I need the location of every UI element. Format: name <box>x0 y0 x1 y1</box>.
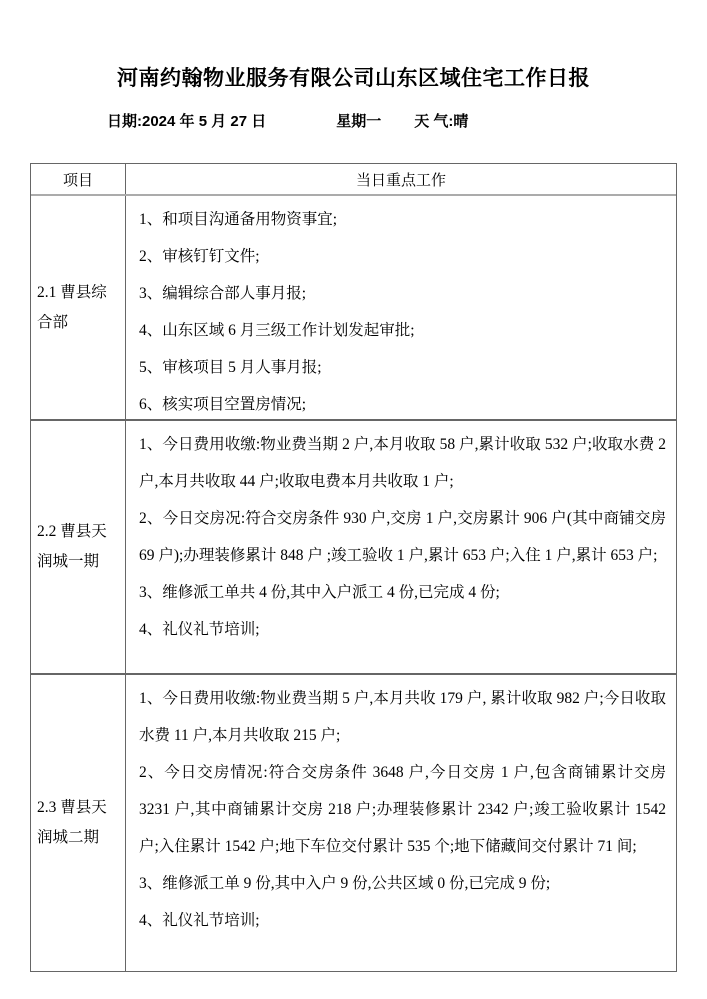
page-title: 河南约翰物业服务有限公司山东区域住宅工作日报 <box>0 0 707 92</box>
table-row: 2.2 曹县天润城一期 1、今日费用收缴:物业费当期 2 户,本月收取 58 户… <box>31 421 676 675</box>
project-name: 2.3 曹县天润城二期 <box>31 675 126 971</box>
work-item: 2、今日交房情况:符合交房条件 3648 户,今日交房 1 户,包含商铺累计交房… <box>139 754 666 865</box>
work-item: 2、审核钉钉文件; <box>139 238 666 275</box>
work-item: 5、审核项目 5 月人事月报; <box>139 349 666 386</box>
work-item: 3、编辑综合部人事月报; <box>139 275 666 312</box>
project-name: 2.2 曹县天润城一期 <box>31 421 126 673</box>
work-item: 1、和项目沟通备用物资事宜; <box>139 201 666 238</box>
weekday-value: 星期一 <box>336 113 381 130</box>
work-item: 3、维修派工单 9 份,其中入户 9 份,公共区域 0 份,已完成 9 份; <box>139 865 666 902</box>
work-item: 2、今日交房况:符合交房条件 930 户,交房 1 户,交房累计 906 户(其… <box>139 500 666 574</box>
daily-work-table: 项目 当日重点工作 2.1 曹县综合部 1、和项目沟通备用物资事宜; 2、审核钉… <box>30 163 677 972</box>
table-row: 2.3 曹县天润城二期 1、今日费用收缴:物业费当期 5 户,本月共收 179 … <box>31 675 676 971</box>
work-item: 6、核实项目空置房情况; <box>139 386 666 423</box>
work-item: 4、礼仪礼节培训; <box>139 902 666 939</box>
work-item: 3、维修派工单共 4 份,其中入户派工 4 份,已完成 4 份; <box>139 574 666 611</box>
table-row: 2.1 曹县综合部 1、和项目沟通备用物资事宜; 2、审核钉钉文件; 3、编辑综… <box>31 196 676 421</box>
work-items-cell: 1、和项目沟通备用物资事宜; 2、审核钉钉文件; 3、编辑综合部人事月报; 4、… <box>126 196 676 419</box>
work-items-cell: 1、今日费用收缴:物业费当期 5 户,本月共收 179 户, 累计收取 982 … <box>126 675 676 971</box>
date-value: 日期:2024 年 5 月 27 日 <box>107 113 266 130</box>
work-item: 4、礼仪礼节培训; <box>139 611 666 648</box>
work-item: 1、今日费用收缴:物业费当期 5 户,本月共收 179 户, 累计收取 982 … <box>139 680 666 754</box>
work-item: 1、今日费用收缴:物业费当期 2 户,本月收取 58 户,累计收取 532 户;… <box>139 426 666 500</box>
column-header-work: 当日重点工作 <box>126 164 676 194</box>
table-header-row: 项目 当日重点工作 <box>31 164 676 196</box>
work-items-cell: 1、今日费用收缴:物业费当期 2 户,本月收取 58 户,累计收取 532 户;… <box>126 421 676 673</box>
date-line: 日期:2024 年 5 月 27 日星期一天 气:晴 <box>0 110 707 131</box>
work-item: 4、山东区域 6 月三级工作计划发起审批; <box>139 312 666 349</box>
project-name: 2.1 曹县综合部 <box>31 196 126 419</box>
daily-report-page: 河南约翰物业服务有限公司山东区域住宅工作日报 日期:2024 年 5 月 27 … <box>0 0 707 999</box>
weather-value: 天 气:晴 <box>414 113 468 130</box>
column-header-project: 项目 <box>31 164 126 194</box>
